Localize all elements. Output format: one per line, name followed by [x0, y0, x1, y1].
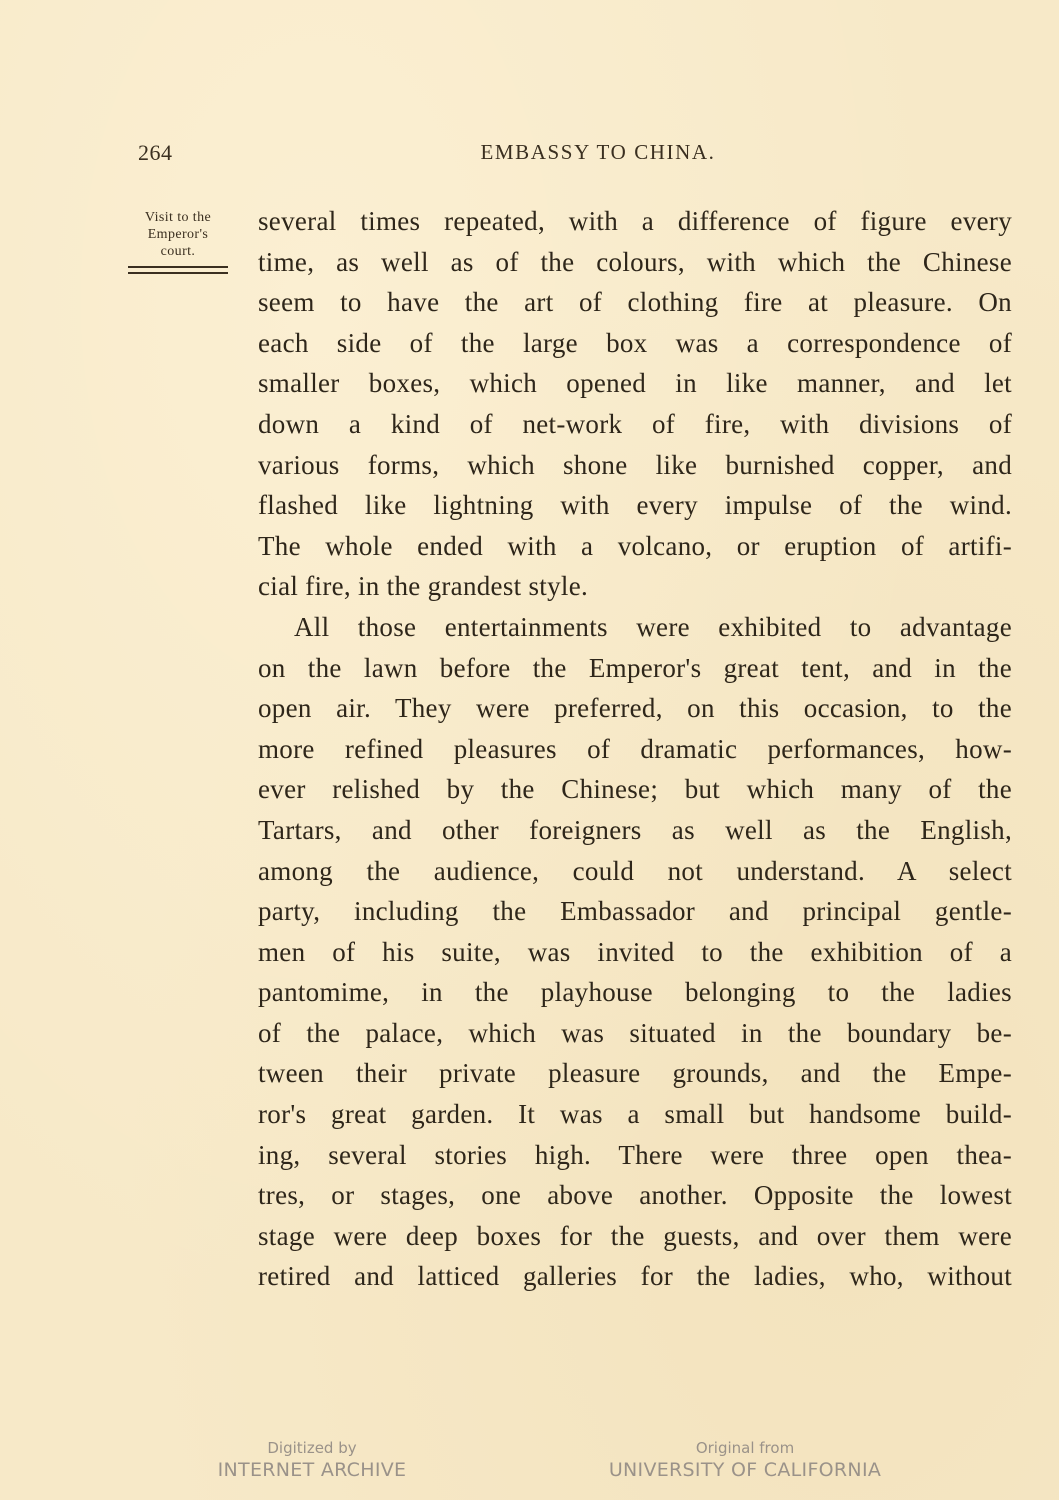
footer-original-from: Original from UNIVERSITY OF CALIFORNIA — [595, 1438, 895, 1482]
text-line: ing, several stories high. There were th… — [258, 1135, 1012, 1176]
text-line: seem to have the art of clothing fire at… — [258, 282, 1012, 323]
text-line: smaller boxes, which opened in like mann… — [258, 363, 1012, 404]
footer-left-source: INTERNET ARCHIVE — [212, 1458, 412, 1482]
margin-note-line: Visit to the — [118, 209, 238, 226]
text-line: time, as well as of the colours, with wh… — [258, 242, 1012, 283]
page-header: 264 EMBASSY TO CHINA. — [138, 140, 1018, 174]
text-line: party, including the Embassador and prin… — [258, 891, 1012, 932]
footer-left-caption: Digitized by — [212, 1438, 412, 1458]
margin-note-line: court. — [118, 243, 238, 260]
text-line: cial fire, in the grandest style. — [258, 566, 1012, 607]
text-line: pantomime, in the playhouse belonging to… — [258, 972, 1012, 1013]
running-head: EMBASSY TO CHINA. — [138, 140, 1018, 165]
text-line: down a kind of net-work of fire, with di… — [258, 404, 1012, 445]
body-text: several times repeated, with a differenc… — [258, 201, 1012, 1297]
text-line: of the palace, which was situated in the… — [258, 1013, 1012, 1054]
text-line: among the audience, could not understand… — [258, 851, 1012, 892]
text-line: All those entertainments were exhibited … — [258, 607, 1012, 648]
text-line: various forms, which shone like burnishe… — [258, 445, 1012, 486]
paragraph-2: All those entertainments were exhibited … — [258, 607, 1012, 1297]
text-line: several times repeated, with a differenc… — [258, 201, 1012, 242]
text-line: ror's great garden. It was a small but h… — [258, 1094, 1012, 1135]
footer-right-caption: Original from — [595, 1438, 895, 1458]
text-line: open air. They were preferred, on this o… — [258, 688, 1012, 729]
paragraph-1: several times repeated, with a differenc… — [258, 201, 1012, 607]
text-line: ever relished by the Chinese; but which … — [258, 769, 1012, 810]
text-line: each side of the large box was a corresp… — [258, 323, 1012, 364]
text-line: stage were deep boxes for the guests, an… — [258, 1216, 1012, 1257]
text-line: on the lawn before the Emperor's great t… — [258, 648, 1012, 689]
footer-right-source: UNIVERSITY OF CALIFORNIA — [595, 1458, 895, 1482]
text-line: The whole ended with a volcano, or erupt… — [258, 526, 1012, 567]
margin-note-rule — [128, 266, 228, 274]
text-line: men of his suite, was invited to the exh… — [258, 932, 1012, 973]
text-line: tween their private pleasure grounds, an… — [258, 1053, 1012, 1094]
footer-digitized-by: Digitized by INTERNET ARCHIVE — [212, 1438, 412, 1482]
text-line: Tartars, and other foreigners as well as… — [258, 810, 1012, 851]
text-line: more refined pleasures of dramatic perfo… — [258, 729, 1012, 770]
text-line: tres, or stages, one above another. Oppo… — [258, 1175, 1012, 1216]
margin-note-line: Emperor's — [118, 226, 238, 243]
margin-note: Visit to the Emperor's court. — [118, 209, 238, 274]
text-line: flashed like lightning with every impuls… — [258, 485, 1012, 526]
text-line: retired and latticed galleries for the l… — [258, 1256, 1012, 1297]
